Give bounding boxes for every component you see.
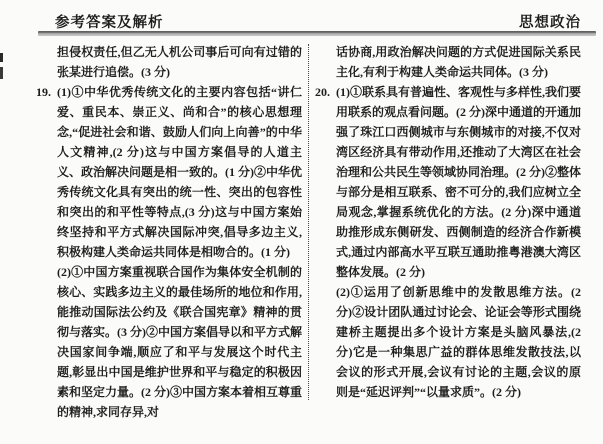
question-19-item: 19. (1)①中华优秀传统文化的主要内容包括“讲仁爱、重民本、崇正义、尚和合”… <box>36 82 302 422</box>
right-column: 话协商,用政治解决问题的方式促进国际关系民主化,有利于构建人类命运共同体。(3 … <box>315 42 581 422</box>
scan-artifact <box>0 53 3 62</box>
question-number: 19. <box>36 82 51 102</box>
question-20-item: 20. (1)①联系具有普遍性、客观性与多样性,我们要用联系的观点看问题。(2 … <box>315 82 581 402</box>
continuation-paragraph: 话协商,用政治解决问题的方式促进国际关系民主化,有利于构建人类命运共同体。(3 … <box>315 42 581 82</box>
column-divider <box>308 44 309 400</box>
header-title-left: 参考答案及解析 <box>55 11 164 32</box>
header-rule <box>38 31 596 36</box>
exam-answer-page: 参考答案及解析 思想政治 担侵权责任,但乙无人机公司事后可向有过错的张某进行追偿… <box>0 0 603 444</box>
continuation-paragraph: 担侵权责任,但乙无人机公司事后可向有过错的张某进行追偿。(3 分) <box>36 42 302 82</box>
question-number: 20. <box>315 82 330 102</box>
scan-artifact <box>0 67 3 79</box>
answer-paragraph: (1)①联系具有普遍性、客观性与多样性,我们要用联系的观点看问题。(2 分)深中… <box>315 82 581 282</box>
header-title-right: 思想政治 <box>519 11 581 32</box>
answer-paragraph: (2)①运用了创新思维中的发散思维方法。(2 分)②设计团队通过讨论会、论证会等… <box>315 282 581 402</box>
content-columns: 担侵权责任,但乙无人机公司事后可向有过错的张某进行追偿。(3 分) 19. (1… <box>36 42 582 422</box>
page-header: 参考答案及解析 思想政治 <box>55 11 581 32</box>
answer-paragraph: (1)①中华优秀传统文化的主要内容包括“讲仁爱、重民本、崇正义、尚和合”的核心思… <box>36 82 302 262</box>
answer-paragraph: (2)①中国方案重视联合国作为集体安全机制的核心、实践多边主义的最佳场所的地位和… <box>36 262 302 422</box>
left-column: 担侵权责任,但乙无人机公司事后可向有过错的张某进行追偿。(3 分) 19. (1… <box>36 42 302 422</box>
